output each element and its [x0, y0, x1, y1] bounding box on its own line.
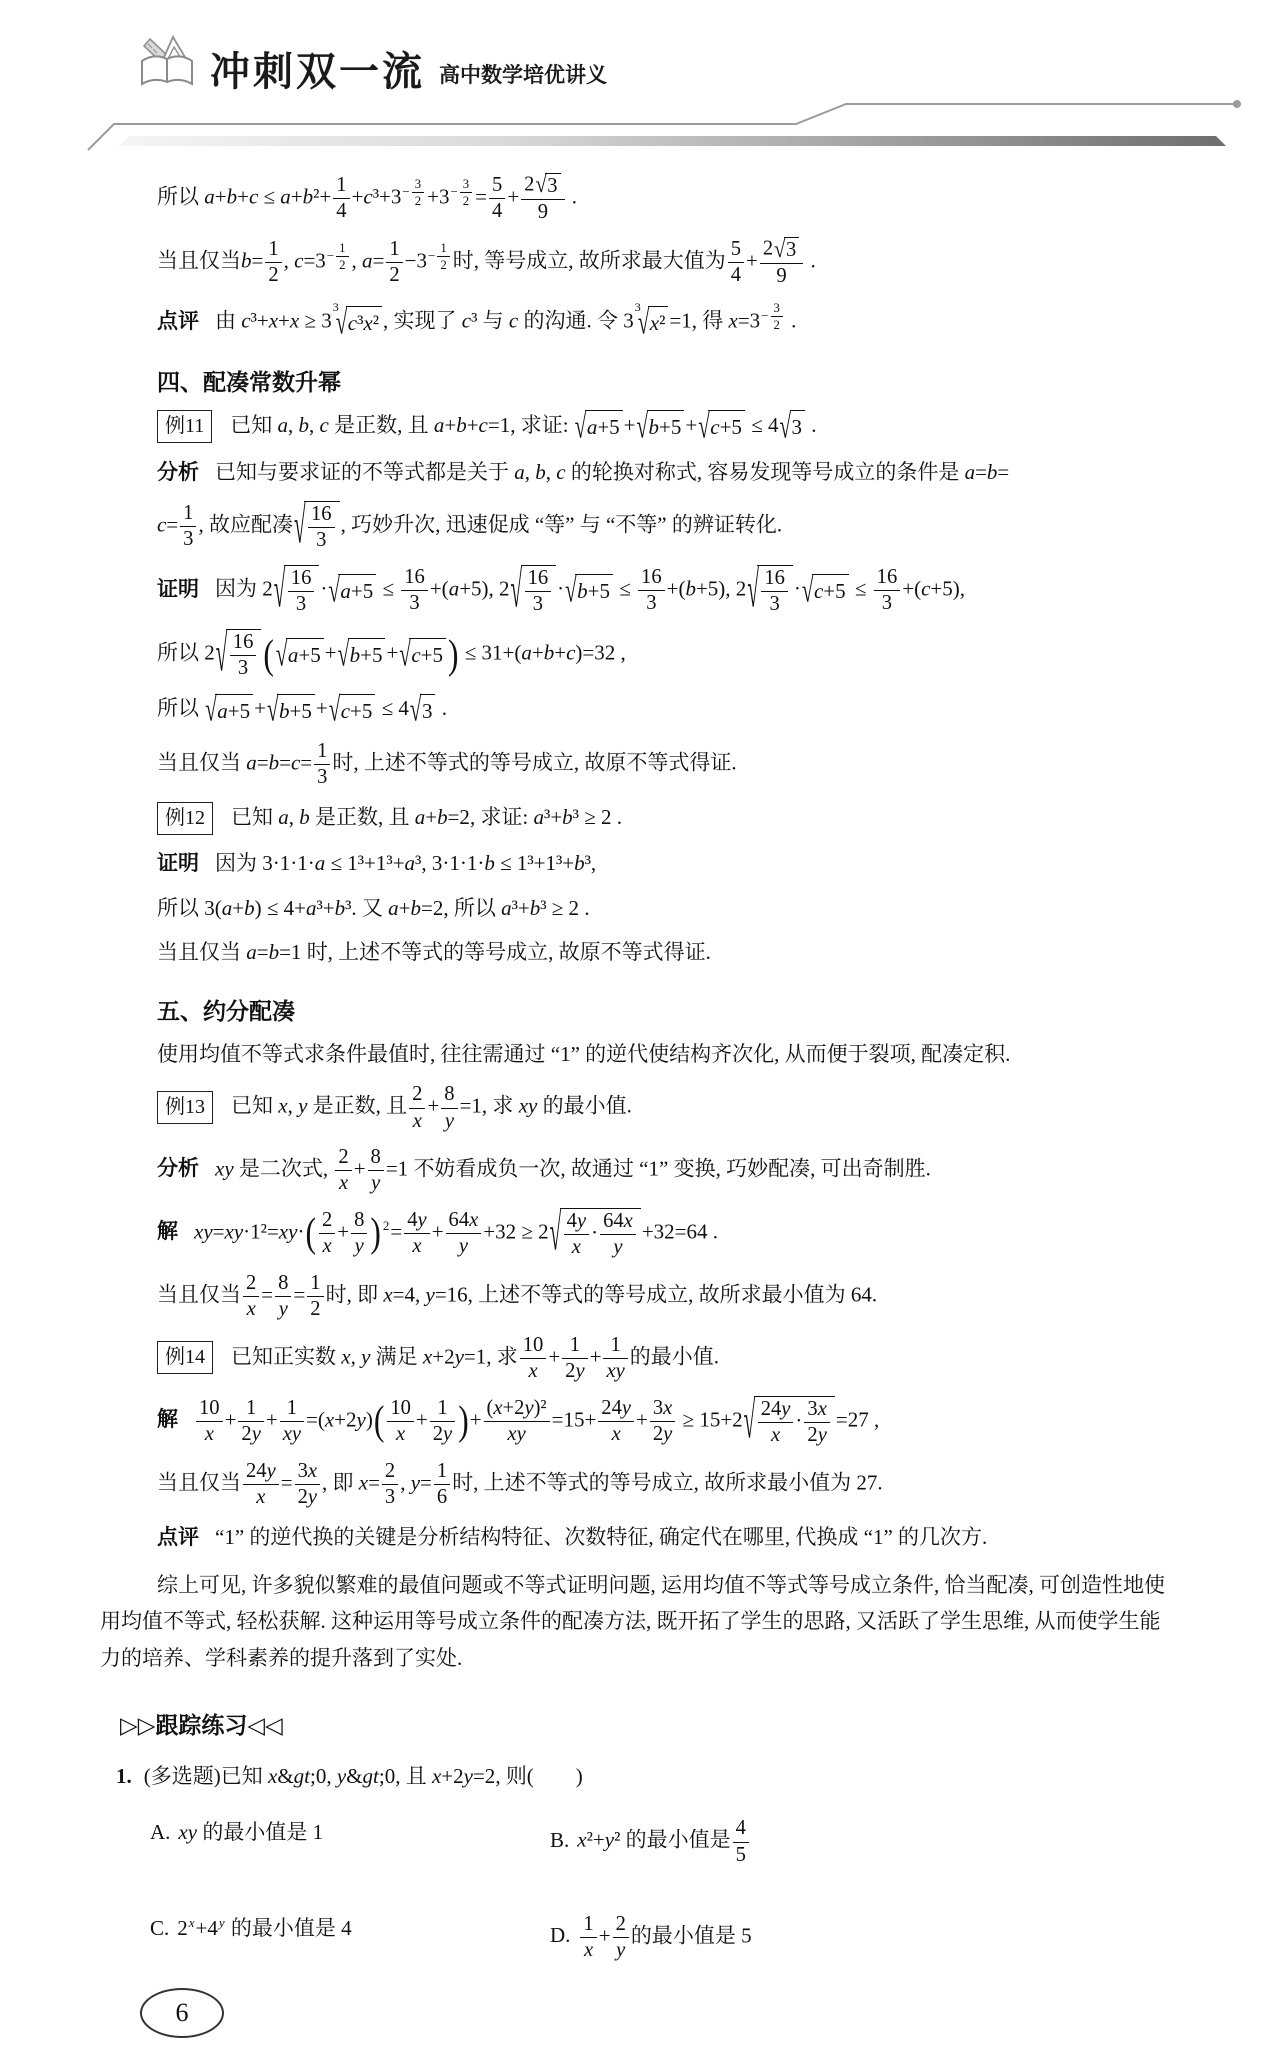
fraction: 163: [761, 567, 788, 616]
example-box-label: 例13: [157, 1091, 213, 1124]
step-label: 解: [157, 1408, 178, 1431]
fraction: 12: [336, 241, 348, 273]
fraction: 4yx: [564, 1210, 589, 1259]
sqrt-radical: √c+5: [698, 410, 745, 444]
fraction: 8y: [351, 1209, 367, 1258]
fraction: 2x: [409, 1083, 425, 1132]
fraction: 12: [386, 238, 402, 287]
text-line: 例11已知 a, b, c 是正数, 且 a+b+c=1, 求证: √a+5+√…: [157, 410, 1180, 444]
text-line: 所以 a+b+c ≤ a+b²+14+c³+3−32+3−32=54+2√39 …: [157, 173, 1180, 224]
answer-option-D: D.1x+2y的最小值是 5: [550, 1913, 1180, 1962]
fraction: 3x2y: [650, 1397, 675, 1446]
step-label: 证明: [157, 852, 199, 875]
fraction: 1xy: [603, 1334, 627, 1383]
fraction: 3x2y: [804, 1398, 829, 1447]
problem-number: 1.: [116, 1764, 132, 1788]
fraction: (x+2y)²xy: [484, 1397, 550, 1446]
fraction: 32: [412, 177, 424, 209]
sqrt-radical: √3: [779, 410, 805, 444]
example-box-label: 例12: [157, 802, 213, 835]
brand-subtitle: 高中数学培优讲义: [439, 59, 607, 92]
fraction: 10x: [387, 1397, 414, 1446]
fraction: 16: [434, 1460, 450, 1509]
sqrt-radical: √b+5: [338, 638, 386, 672]
cube-root-radical: 3√c³x²: [333, 306, 382, 340]
sqrt-radical: √163: [511, 565, 557, 616]
answer-option-B: B.x²+y² 的最小值是45: [550, 1817, 1180, 1866]
fraction: 32: [460, 177, 472, 209]
fraction: 54: [489, 174, 505, 223]
fraction: 2√39: [760, 237, 803, 288]
sqrt-radical: √a+5: [276, 638, 324, 672]
practice-section-title: ▷▷跟踪练习◁◁: [120, 1707, 1180, 1740]
sqrt-radical: √c+5: [399, 638, 446, 672]
sqrt-radical: √3: [774, 237, 799, 262]
fraction: 2x: [243, 1272, 259, 1321]
fraction: 45: [733, 1817, 749, 1866]
fraction: 14: [333, 174, 349, 223]
fraction: 163: [638, 566, 665, 615]
fraction: 24yx: [758, 1398, 794, 1447]
section-heading: 四、配凑常数升幂: [157, 364, 1180, 397]
text-line: 例13已知 x, y 是正数, 且2x+8y=1, 求 xy 的最小值.: [157, 1083, 1180, 1132]
fraction: 12: [265, 238, 281, 287]
cube-root-radical: 3√x²: [635, 306, 669, 340]
text-line: 所以 √a+5+√b+5+√c+5 ≤ 4√3 .: [157, 693, 1180, 727]
text-line: 分析已知与要求证的不等式都是关于 a, b, c 的轮换对称式, 容易发现等号成…: [157, 457, 1180, 489]
answer-options: A.xy 的最小值是 1B.x²+y² 的最小值是45C.2x+4y 的最小值是…: [150, 1817, 1180, 1961]
fraction: 163: [288, 567, 315, 616]
fraction: 13: [314, 740, 330, 789]
text-line: 使用均值不等式求条件最值时, 往往需通过 “1” 的逆代使结构齐次化, 从而便于…: [157, 1039, 1180, 1071]
sqrt-radical: √163: [216, 629, 262, 680]
lecture-content: 所以 a+b+c ≤ a+b²+14+c³+3−32+3−32=54+2√39 …: [0, 154, 1280, 1962]
fraction: 163: [874, 566, 901, 615]
page-number: 6: [140, 1988, 224, 2038]
option-key: A.: [150, 1820, 170, 1844]
text-line: 解xy=xy·1²=xy·(2x+8y)2=4yx+64xy+32 ≥ 2√4y…: [157, 1208, 1180, 1259]
document-page: 冲刺双一流 高中数学培优讲义 所以 a+b+c ≤ a+b²+14+c³+3−3…: [0, 0, 1280, 2058]
fraction: 8y: [275, 1272, 291, 1321]
superscript: 2: [383, 1219, 390, 1232]
text-line: 例12已知 a, b 是正数, 且 a+b=2, 求证: a³+b³ ≥ 2 .: [157, 802, 1180, 835]
fraction: 4yx: [404, 1209, 429, 1258]
fraction: 10x: [196, 1397, 223, 1446]
fraction: 163: [525, 567, 552, 616]
brand-title: 冲刺双一流: [210, 52, 425, 92]
text-line: 综上可见, 许多貌似繁难的最值问题或不等式证明问题, 运用均值不等式等号成立条件…: [100, 1567, 1180, 1677]
fraction: 12: [437, 241, 449, 273]
sqrt-radical: √a+5: [205, 694, 253, 728]
fraction: 23: [382, 1460, 398, 1509]
sqrt-radical: √c+5: [802, 574, 849, 608]
fraction: 8y: [441, 1083, 457, 1132]
fraction: 64xy: [446, 1209, 482, 1258]
superscript: −32: [450, 177, 474, 209]
fraction: 2x: [319, 1209, 335, 1258]
step-label: 分析: [157, 1157, 199, 1180]
text-line: 当且仅当 a=b=c=13时, 上述不等式的等号成立, 故原不等式得证.: [157, 740, 1180, 789]
section-heading: 五、约分配凑: [157, 993, 1180, 1026]
text-line: 所以 3(a+b) ≤ 4+a³+b³. 又 a+b=2, 所以 a³+b³ ≥…: [157, 893, 1180, 925]
text-line: 当且仅当2x=8y=12时, 即 x=4, y=16, 上述不等式的等号成立, …: [157, 1272, 1180, 1321]
step-label: 解: [157, 1220, 178, 1243]
fraction: 1x: [580, 1913, 596, 1962]
header-divider-rule: [0, 94, 1280, 154]
text-line: 解10x+12y+1xy=(x+2y)(10x+12y)+(x+2y)²xy=1…: [157, 1396, 1180, 1447]
book-with-set-square-icon: [138, 34, 196, 92]
step-label: 点评: [157, 1526, 199, 1549]
fraction: 163: [308, 503, 335, 552]
page-header: 冲刺双一流 高中数学培优讲义: [0, 0, 1280, 92]
example-box-label: 例14: [157, 1341, 213, 1374]
answer-option-A: A.xy 的最小值是 1: [150, 1817, 550, 1866]
sqrt-radical: √163: [274, 565, 320, 616]
text-line: 证明因为 3·1·1·a ≤ 1³+1³+a³, 3·1·1·b ≤ 1³+1³…: [157, 848, 1180, 880]
fraction: 12: [307, 1272, 323, 1321]
fraction: 64xy: [600, 1210, 636, 1259]
fraction: 163: [230, 631, 257, 680]
text-line: 所以 2√163(√a+5+√b+5+√c+5) ≤ 31+(a+b+c)=32…: [157, 629, 1180, 680]
sqrt-radical: √a+5: [575, 410, 623, 444]
option-key: B.: [550, 1828, 569, 1852]
option-key: C.: [150, 1916, 169, 1940]
fraction: 163: [401, 566, 428, 615]
fraction: 3x2y: [295, 1460, 320, 1509]
sqrt-radical: √b+5: [267, 694, 315, 728]
step-label: 点评: [157, 310, 199, 333]
superscript: −12: [327, 241, 351, 273]
sqrt-radical: √163: [747, 565, 793, 616]
fraction: 32: [771, 301, 783, 333]
sqrt-radical: √b+5: [565, 574, 613, 608]
example-box-label: 例11: [157, 410, 212, 443]
sqrt-radical: √a+5: [328, 574, 376, 608]
fraction: 13: [180, 502, 196, 551]
text-line: 当且仅当24yx=3x2y, 即 x=23, y=16时, 上述不等式的等号成立…: [157, 1460, 1180, 1509]
fraction: 12y: [562, 1334, 587, 1383]
sqrt-radical: √b+5: [637, 410, 685, 444]
fraction: 1xy: [280, 1397, 304, 1446]
fraction: 54: [728, 238, 744, 287]
superscript: −12: [428, 241, 452, 273]
fraction: 10x: [520, 1334, 547, 1383]
text-line: 例14已知正实数 x, y 满足 x+2y=1, 求10x+12y+1xy的最小…: [157, 1334, 1180, 1383]
text-line: c=13, 故应配凑√163, 巧妙升次, 迅速促成 “等” 与 “不等” 的辨…: [157, 501, 1180, 552]
superscript: x: [189, 1916, 195, 1929]
fraction: 24yx: [243, 1460, 279, 1509]
text-line: 分析xy 是二次式, 2x+8y=1 不妨看成负一次, 故通过 “1” 变换, …: [157, 1146, 1180, 1195]
fraction: 24yx: [598, 1397, 634, 1446]
superscript: y: [219, 1916, 225, 1929]
sqrt-radical: √24yx·3x2y: [744, 1396, 835, 1447]
fraction: 2y: [613, 1913, 629, 1962]
sqrt-radical: √163: [294, 501, 340, 552]
fraction: 8y: [368, 1146, 384, 1195]
superscript: −32: [402, 177, 426, 209]
sqrt-radical: √4yx·64xy: [550, 1208, 641, 1259]
text-line: 点评由 c³+x+x ≥ 33√c³x², 实现了 c³ 与 c 的沟通. 令 …: [157, 301, 1180, 340]
fraction: 2√39: [521, 173, 564, 224]
fraction: 12y: [430, 1397, 455, 1446]
superscript: −32: [761, 301, 785, 333]
sqrt-radical: √3: [410, 694, 436, 728]
sqrt-radical: √c+5: [329, 694, 376, 728]
fraction: 12y: [238, 1397, 263, 1446]
option-key: D.: [550, 1923, 570, 1947]
text-line: 点评“1” 的逆代换的关键是分析结构特征、次数特征, 确定代在哪里, 代换成 “…: [157, 1522, 1180, 1554]
step-label: 证明: [157, 578, 199, 601]
text-line: 当且仅当b=12, c=3−12, a=12−3−12时, 等号成立, 故所求最…: [157, 237, 1180, 288]
fraction: 2x: [335, 1146, 351, 1195]
answer-option-C: C.2x+4y 的最小值是 4: [150, 1913, 550, 1962]
sqrt-radical: √3: [535, 173, 560, 198]
exercise-problem: 1.(多选题)已知 x&gt;0, y&gt;0, 且 x+2y=2, 则( ): [116, 1760, 1180, 1794]
text-line: 证明因为 2√163·√a+5 ≤ 163+(a+5), 2√163·√b+5 …: [157, 565, 1180, 616]
text-line: 当且仅当 a=b=1 时, 上述不等式的等号成立, 故原不等式得证.: [157, 937, 1180, 969]
step-label: 分析: [157, 461, 199, 484]
